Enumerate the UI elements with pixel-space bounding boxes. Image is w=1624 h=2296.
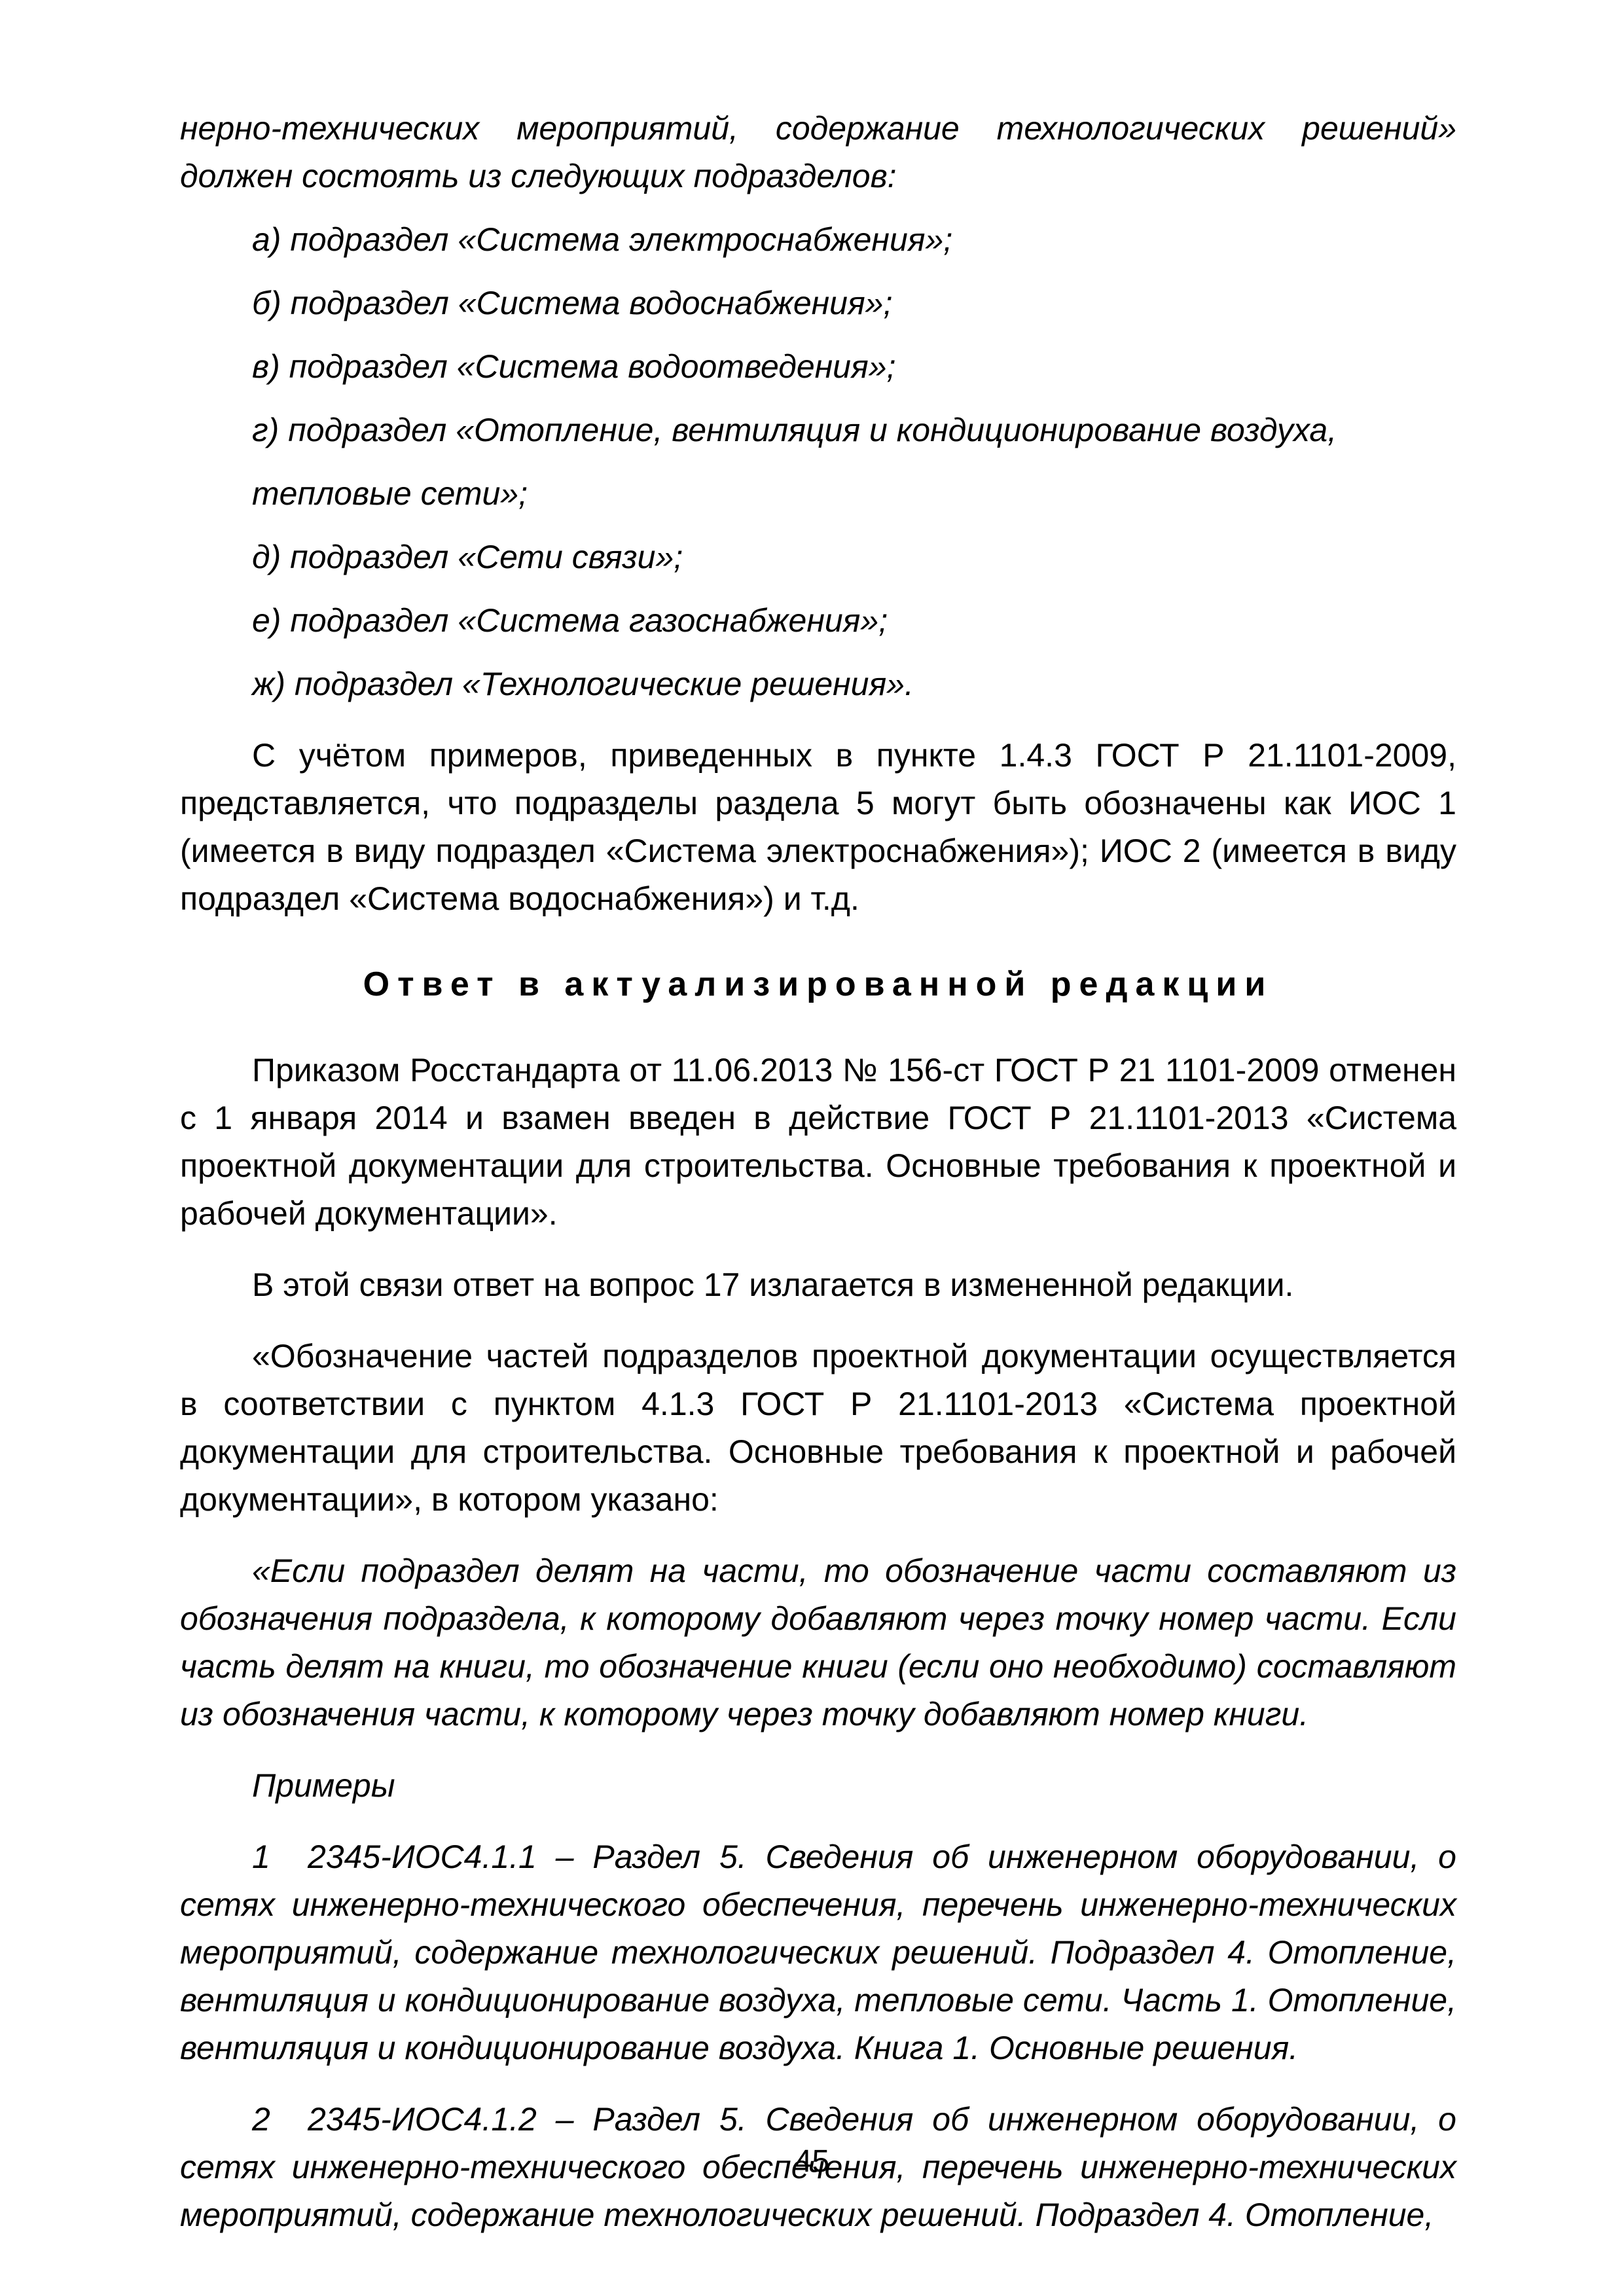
- subsection-item: е) подраздел «Система газоснабжения»;: [180, 597, 1456, 645]
- gost-2009-paragraph: С учётом примеров, приведенных в пункте …: [180, 732, 1456, 923]
- document-page: нерно-технических мероприятий, содержани…: [180, 105, 1456, 2239]
- page-number: 45: [0, 2144, 1624, 2179]
- example-text: 2345-ИОС4.1.1 – Раздел 5. Сведения об ин…: [180, 1839, 1456, 2066]
- order-paragraph: Приказом Росстандарта от 11.06.2013 № 15…: [180, 1047, 1456, 1238]
- subsection-item: а) подраздел «Система электроснабжения»;: [180, 216, 1456, 264]
- quote-paragraph: «Если подраздел делят на части, то обозн…: [180, 1547, 1456, 1738]
- intro-paragraph: нерно-технических мероприятий, содержани…: [180, 105, 1456, 200]
- subsection-item: б) подраздел «Система водоснабжения»;: [180, 279, 1456, 327]
- changed-edition-paragraph: В этой связи ответ на вопрос 17 излагает…: [180, 1261, 1456, 1309]
- subsection-item: ж) подраздел «Технологические решения».: [180, 660, 1456, 708]
- subsection-item: д) подраздел «Сети связи»;: [180, 533, 1456, 581]
- subsection-item: в) подраздел «Система водоотведения»;: [180, 343, 1456, 391]
- example-number: 1: [252, 1833, 308, 1881]
- section-heading: Ответ в актуализированной редакции: [180, 961, 1456, 1009]
- example-number: 2: [252, 2096, 308, 2144]
- subsection-item-continuation: тепловые сети»;: [180, 470, 1456, 518]
- examples-label: Примеры: [180, 1762, 1456, 1810]
- subsection-item: г) подраздел «Отопление, вентиляция и ко…: [180, 406, 1456, 454]
- example-item: 12345-ИОС4.1.1 – Раздел 5. Сведения об и…: [180, 1833, 1456, 2072]
- designation-paragraph: «Обозначение частей подразделов проектно…: [180, 1333, 1456, 1524]
- subsection-list: а) подраздел «Система электроснабжения»;…: [180, 216, 1456, 708]
